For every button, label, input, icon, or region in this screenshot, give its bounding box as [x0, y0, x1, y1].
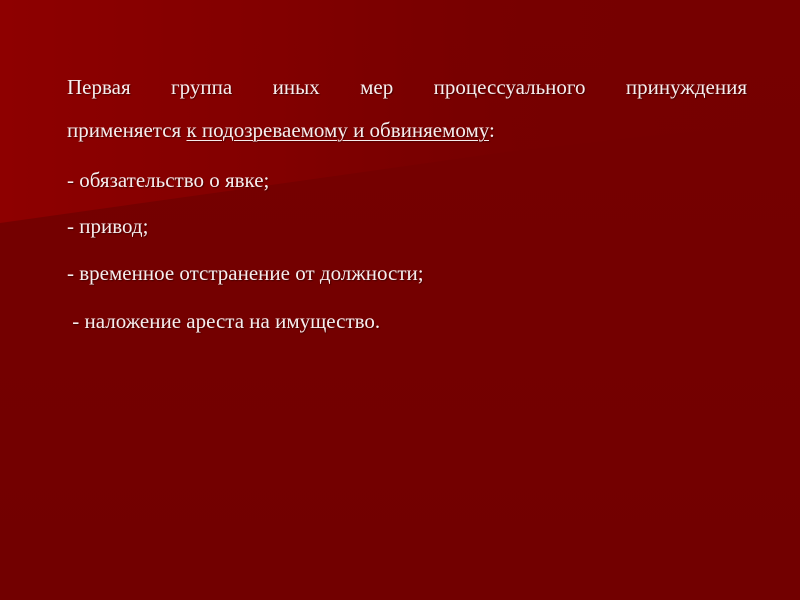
paragraph-line-2: применяется к подозреваемому и обвиняемо…	[67, 118, 495, 142]
slide: Первая группа иных мер процессуального п…	[0, 0, 800, 600]
paragraph-line-1: Первая группа иных мер процессуального п…	[67, 75, 747, 99]
underlined-subjects: к подозреваемому и обвиняемому	[186, 118, 489, 142]
paragraph-line-2-suffix: :	[489, 118, 495, 142]
list-item: - временное отстранение от должности;	[67, 261, 424, 285]
paragraph-line-2-prefix: применяется	[67, 118, 186, 142]
list-item: - обязательство о явке;	[67, 168, 269, 192]
list-item: - наложение ареста на имущество.	[67, 309, 380, 333]
list-item: - привод;	[67, 214, 148, 238]
